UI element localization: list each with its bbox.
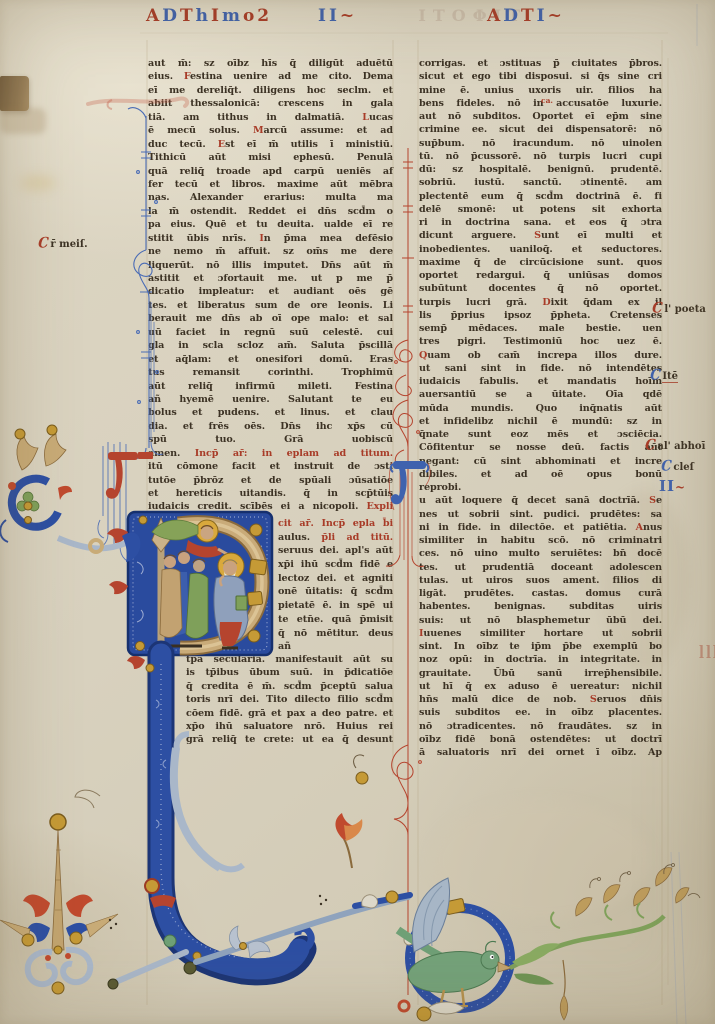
text-line: subūtunt docentes q̄ nō oportet.	[419, 282, 662, 295]
text-line: turpis lucri grā. Dixit q̄dam ex il	[419, 296, 662, 309]
red-leaf-cluster	[335, 813, 362, 868]
text-line: cōem fidē. grā et pax a deo patre. et	[186, 707, 393, 720]
text-line: oportet redargui. q̄ uniūsas domos	[419, 269, 662, 282]
text-line: oībz fidē bonā ostendētes: ut doctrī	[419, 733, 662, 746]
parchment-stain	[430, 800, 650, 920]
text-line: Iuuenes similiter hortare ut sobrii	[419, 627, 662, 640]
initial-p-panel	[128, 512, 272, 655]
text-line: dicatio impleatur: et audiant oēs gē	[148, 285, 393, 298]
text-line: ri in doctrina sana. et eos q̄ ɔtra	[419, 216, 662, 229]
text-line: ut sani sint in fide. nō intendētes	[419, 362, 662, 375]
propeller-ornament	[229, 926, 270, 958]
text-line: q̄ credita ē m̄. scd̄m p̄ceptū salua	[186, 680, 393, 693]
text-line: nas. Alexander erarius: multa ma	[148, 191, 393, 204]
title-letter: h	[196, 6, 211, 26]
text-column-left-below-initial: tp̄a secularia. manifestauit aūt suis tp…	[186, 653, 393, 747]
title-letter: I	[211, 6, 222, 26]
text-line: amen. Incp̄ ar̄: in eplam ad titum.	[148, 447, 393, 460]
text-line: sup̄bum. nō iracundum. nō uinolen	[419, 137, 662, 150]
text-line: tres pigri. Testimoniū hoc uez ē.	[419, 335, 662, 348]
left-margin-ornament	[0, 425, 140, 562]
margin-note-right-2: CItē	[650, 368, 678, 383]
text-line: tiā. am tithus in dalmatiā. Lucas	[148, 111, 393, 124]
saint-paul-figure	[214, 553, 248, 648]
text-line: Cōfitentur se nosse deū. factis aūt	[419, 441, 662, 454]
text-line: dia. et frēs oēs. Dn̄s ihc xp̄s cū	[148, 420, 393, 433]
text-line: aut m̄: sz oībz hīs q̄ diligūt aduētū	[148, 57, 393, 70]
paraph-mark: C	[36, 235, 51, 252]
illuminated-initial-p	[107, 512, 272, 655]
text-line: grauitate. Ūbū sanū irrep̄hensibile.	[419, 667, 662, 680]
text-line: dicunt arguere. Sunt eī multi et	[419, 229, 662, 242]
facing-page-showthrough	[671, 4, 697, 1024]
title-letter: D	[503, 6, 521, 26]
title-letter: T	[180, 6, 196, 26]
title-letter: o	[243, 6, 257, 26]
text-line: iudaicis credit. scībēs ei a nicopoli. E…	[148, 500, 393, 513]
text-line: tes. ut prudentiā doceant adolescen	[419, 561, 662, 574]
text-line: eius. Festina uenire ad me cito. Dema	[148, 70, 393, 83]
paraph-mark: C	[659, 458, 674, 475]
text-column-right: corrigas. et ɔstituas p̄ ciuitates p̄bro…	[419, 57, 662, 759]
text-line: habentes. benignas. subditas uiris	[419, 600, 662, 613]
text-line: u aūt loquere q̄ decet sanā doctrīā. Se	[419, 494, 662, 507]
text-line: inobedientes. uaniloq̄. et seductores.	[419, 243, 662, 256]
text-line: et aq̄lam: et onesifori domū. Eras	[148, 353, 393, 366]
text-line: tutōe p̄brōz et de spūali ɔūsatiōe	[148, 474, 393, 487]
text-line: noz opū: in doctrīa. in integritate. in	[419, 653, 662, 666]
text-line: suis subditos ee. in oībz placentes.	[419, 706, 662, 719]
text-line: ni in fide. in dilectōe. et patiētia. An…	[419, 521, 662, 534]
title-letter: m	[222, 6, 243, 26]
text-line: fer tecū et libros. maxime aūt mēbra	[148, 178, 393, 191]
text-line: similiter in habitu scō. nō criminatri	[419, 534, 662, 547]
text-line: stitit ūbis nrīs. In p̄ma mea defēsio	[148, 232, 393, 245]
text-line: reprobi.	[419, 481, 662, 494]
text-line: tū. nō p̄cussorē. nō turpis lucri cupi	[419, 150, 662, 163]
title-letter: I	[537, 6, 548, 26]
running-title-center: II~	[318, 6, 357, 30]
text-line: aūt reliq̄ infirmū mileti. Festina	[148, 380, 393, 393]
text-line: iudaicis fabulis. et mandatis hoīm	[419, 375, 662, 388]
text-line: ē mecū solus. Marcū assume: et ad	[148, 124, 393, 137]
foliate-spray	[510, 864, 700, 1021]
text-line: spū tuo. Grā uobiscū	[148, 433, 393, 446]
text-line: onē ūitatis: q̄ scd̄m	[278, 585, 393, 599]
staff-ornament	[152, 518, 170, 652]
connecting-rod	[108, 755, 410, 989]
text-line: grā reliq̄ te crete: ut ea q̄ desunt	[186, 733, 393, 746]
running-title-left: ADThImo2	[146, 6, 272, 30]
title-letter: D	[162, 6, 180, 26]
text-line: tes. et liberatus sum de ore leonis. Li	[148, 299, 393, 312]
parchment-stain	[20, 176, 56, 190]
text-line: is tp̄ibus ūbum suū. in p̄dicatiōe	[186, 666, 393, 679]
text-line: et hereticis uitandis. q̄ in scp̄tūis	[148, 487, 393, 500]
manuscript-page: TIΦOTI ADThImo2 II~ ADTI~ aut m̄: sz oīb…	[0, 0, 715, 1024]
text-line: liquerūt. nō illis imputet. Dn̄s aūt m̄	[148, 259, 393, 272]
text-column-left-beside-initial: cit ar̄. Incp̄ epla b̄iaulus. p̄li ad ti…	[278, 517, 393, 654]
text-line: añ hyemē uenire. Salutant te eu	[148, 393, 393, 406]
text-line: dibiles. et ad oē opus bonū	[419, 468, 662, 481]
text-line: lis p̄prius ipsoz p̄pheta. Cretenses	[419, 309, 662, 322]
title-letter: 2	[257, 6, 272, 26]
text-line: ligāt. prudētes. castas. domus curā	[419, 587, 662, 600]
text-line: q̄nate sunt eoz mēs et ɔsciēcia.	[419, 428, 662, 441]
paraph-mark: C	[643, 437, 658, 454]
margin-note-right-1: Cl' poeta	[652, 301, 706, 316]
margin-note-right-4: Ccleſ	[661, 459, 694, 474]
text-line: semp̄ mēdaces. male bestie. uen	[419, 322, 662, 335]
onlooker-figures	[160, 551, 208, 646]
text-line: xp̄o ihū saluatore nrō. Huius rei	[186, 720, 393, 733]
paraph-mark: C	[648, 367, 663, 384]
text-line: pa eius. Quē et tu deuita. ualde eī re	[148, 218, 393, 231]
margin-note-numeral: II~	[659, 477, 685, 495]
margin-note-left: Cr̄ meiſ.	[38, 236, 88, 251]
edge-stain-tab	[0, 76, 29, 111]
text-line: duc tecū. Est eī m̄ utilis ī ministiū.	[148, 138, 393, 151]
text-line: auersantiū se a ūitate. Oīa qdē	[419, 388, 662, 401]
edge-red-mark: lll	[699, 644, 715, 664]
text-line: Tithicū aūt misi ephesū. Penulā	[148, 151, 393, 164]
title-letter: T	[521, 6, 537, 26]
text-line: xp̄i ihū scd̄m fidē e	[278, 558, 393, 572]
text-line: mine ē. unius uxoris uir. filios ha	[419, 84, 662, 97]
text-line: ut hī q̄ ex aduso ē uereatur: nichil	[419, 680, 662, 693]
text-line: suis: ut nō blasphemetur ūbū dei.	[419, 614, 662, 627]
angel-figure	[152, 520, 234, 558]
text-line: eī me dereliq̄t. diligens hoc seclm. et	[148, 84, 393, 97]
text-line: astitit et ɔfortauit me. ut p me p̄	[148, 272, 393, 285]
text-line: toris nrī dei. Tito dilecto filio scd̄m	[186, 693, 393, 706]
text-line: lectoz dei. et agniti	[278, 572, 393, 586]
text-column-left: aut m̄: sz oībz hīs q̄ diligūt aduētūeiu…	[148, 57, 393, 514]
text-line: añ	[278, 640, 393, 654]
text-line: Quam ob cam̄ increpa illos dure.	[419, 349, 662, 362]
text-line: nes ut sobrii sint. pudici. prudētes: sa	[419, 508, 662, 521]
text-line: negant: cū sint abhominati et incre	[419, 455, 662, 468]
text-line: berauit me dn̄s ab oī ope malo: et sal	[148, 312, 393, 325]
text-line: aulus. p̄li ad titū.	[278, 531, 393, 545]
ink-dot-trio	[319, 895, 327, 905]
text-line: plectentē eum q̄ scd̄m doctrinā ē. fi	[419, 190, 662, 203]
text-line: dū: sz hospitalē. benignū. prudentē.	[419, 163, 662, 176]
text-line: tp̄a secularia. manifestauit aūt su	[186, 653, 393, 666]
title-letter: ~	[340, 6, 357, 26]
text-line: sicut et ego tibi disposui. si q̄s sine …	[419, 70, 662, 83]
title-letter: A	[146, 6, 162, 26]
text-line: nō ɔtradicentes. nō fraudātes. sz in	[419, 720, 662, 733]
interlinear-gloss: ca.	[541, 96, 553, 105]
text-line: aut nō subditos. Oportet eī ep̄m sine	[419, 110, 662, 123]
bottom-left-floret	[0, 790, 118, 994]
edge-stain-smear	[0, 108, 46, 134]
text-line: crimine ee. sicut dei dispensatorē: nō	[419, 123, 662, 136]
text-line: pietatē ē. in spē ui	[278, 599, 393, 613]
title-letter: I	[329, 6, 340, 26]
text-line: bolus et pudens. et linus. et clau	[148, 406, 393, 419]
text-line: quā reliq̄ troade apd carpū ueniēs af	[148, 165, 393, 178]
title-letter: ~	[548, 6, 565, 26]
text-line: corrigas. et ɔstituas p̄ ciuitates p̄bro…	[419, 57, 662, 70]
text-line: ā saluatoris nrī dei ornet ī oībz. Ap	[419, 746, 662, 759]
text-line: cit ar̄. Incp̄ epla b̄i	[278, 517, 393, 531]
bird-figure	[406, 878, 512, 1008]
text-line: maxime q̄ de circūcisione sunt. quos	[419, 256, 662, 269]
text-line: hn̄s malū dice de nob. Seruos dn̄is	[419, 693, 662, 706]
margin-note-right-3: Cal' abhoī	[645, 438, 705, 453]
text-line: q̄ nō mētitur. deus	[278, 627, 393, 641]
text-line: gla in scla scloz am̄. Saluta p̄scillā	[148, 339, 393, 352]
text-line: delē smonē: ut potens sit exhorta	[419, 203, 662, 216]
argument-initial-t	[92, 442, 138, 562]
text-line: ces. nō uino multo seruiētes: bn̄ docē	[419, 547, 662, 560]
text-line: ne nemo m̄ affuit. sz om̄s me dere	[148, 245, 393, 258]
text-line: tus remansit corinthi. Trophimū	[148, 366, 393, 379]
text-line: seruus dei. apl's aūt	[278, 544, 393, 558]
initial-p-bowl	[178, 523, 267, 648]
text-line: sobriū. iustū. sanctū. ɔtinentē. am	[419, 176, 662, 189]
text-line: et infidelibz nichil ē mundū: sz in	[419, 415, 662, 428]
panel-gold-discs	[136, 516, 263, 651]
text-line: la m̄ ostendit. Reddet ei dn̄s scd̄m o	[148, 205, 393, 218]
text-line: uū faciet in regnū suū celestē. cui	[148, 326, 393, 339]
text-line: tulas. ut uiros suos ament. filios di	[419, 574, 662, 587]
title-letter: I	[318, 6, 329, 26]
text-line: itū cōmone facit et instruit de ɔsti	[148, 460, 393, 473]
text-line: mūda mundis. Quo inq̄natis aūt	[419, 402, 662, 415]
text-line: te etn̄e. quā p̄misit	[278, 613, 393, 627]
bird-and-foliage	[398, 864, 700, 1022]
running-title-right: ADTI~	[487, 6, 565, 30]
title-letter: A	[487, 6, 503, 26]
panel-red-leaves	[107, 528, 128, 594]
text-line: abiit thessalonicā: crescens in gala	[148, 97, 393, 110]
text-line: sint. In oībz te ip̄m p̄be exemplū bo	[419, 640, 662, 653]
paraph-mark: C	[650, 300, 665, 317]
